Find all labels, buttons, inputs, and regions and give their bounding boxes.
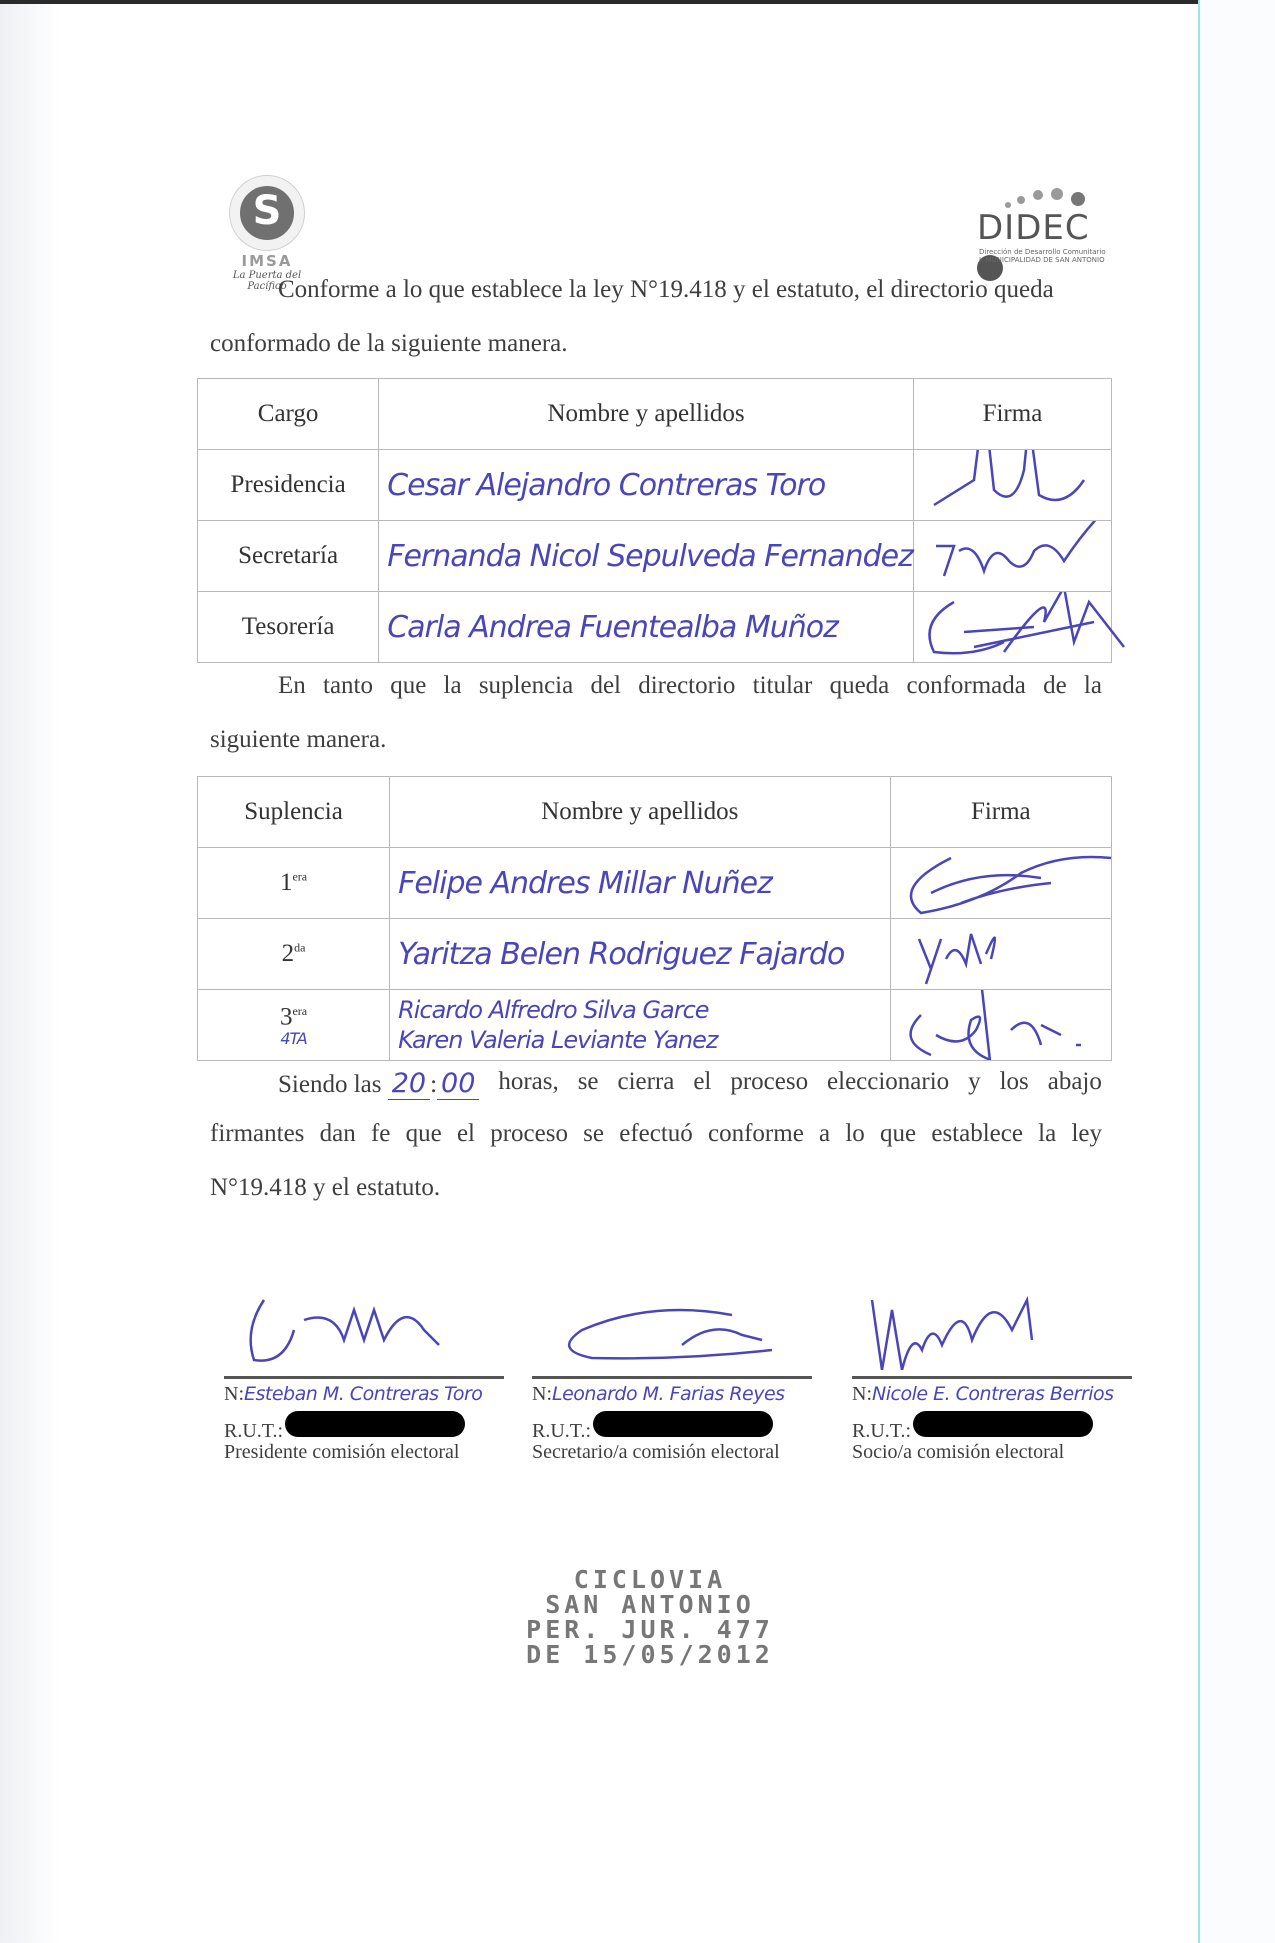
redacted-rut <box>913 1411 1093 1437</box>
signature-cell <box>890 919 1111 990</box>
name-cell: Felipe Andres Millar Nuñez <box>390 848 891 919</box>
signatory-president: N:Esteban M. Contreras Toro R.U.T.: Pres… <box>224 1290 514 1464</box>
header-nombre: Nombre y apellidos <box>379 379 914 450</box>
table-row: Tesorería Carla Andrea Fuentealba Muñoz <box>198 592 1112 663</box>
header-firma: Firma <box>913 379 1111 450</box>
name-cell: Carla Andrea Fuentealba Muñoz <box>379 592 914 663</box>
signature-icon <box>914 450 1136 520</box>
signature-cell <box>890 848 1111 919</box>
name-cell: Fernanda Nicol Sepulveda Fernandez <box>379 521 914 592</box>
signatory-secretary: N:Leonardo M. Farias Reyes R.U.T.: Secre… <box>532 1290 822 1464</box>
table-row: 2da Yaritza Belen Rodriguez Fajardo <box>198 919 1112 990</box>
signature-icon <box>532 1290 812 1370</box>
intro-line-2: conformado de la siguiente manera. <box>210 330 568 358</box>
scan-right-strip <box>1200 0 1275 1943</box>
table-row: 3era 4TA Ricardo Alfredro Silva Garce Ka… <box>198 990 1112 1061</box>
signature-icon <box>891 990 1113 1060</box>
suplencia-order-cell: 3era 4TA <box>198 990 390 1061</box>
signature-icon <box>224 1290 504 1370</box>
header-suplencia: Suplencia <box>198 777 390 848</box>
signature-icon <box>914 592 1136 662</box>
imsa-name: IMSA <box>212 252 322 270</box>
signature-icon <box>852 1290 1132 1370</box>
suplencia-intro-line-1: Entantoquelasuplenciadeldirectoriotitula… <box>278 672 1102 700</box>
signature-icon <box>891 919 1113 989</box>
signature-cell <box>913 521 1111 592</box>
redacted-rut <box>285 1411 465 1437</box>
margin-line <box>1198 0 1200 1943</box>
suplencia-table: Suplencia Nombre y apellidos Firma 1era … <box>197 776 1112 1061</box>
scan-top-edge <box>0 0 1200 4</box>
imsa-logo: S IMSA La Puerta del Pacífico <box>212 160 322 270</box>
table-header-row: Suplencia Nombre y apellidos Firma <box>198 777 1112 848</box>
table-header-row: Cargo Nombre y apellidos Firma <box>198 379 1112 450</box>
suplencia-order-cell: 1era <box>198 848 390 919</box>
closing-minute: 00 <box>437 1068 479 1100</box>
closing-line-1: Siendo las 20:00horas,secierraelprocesoe… <box>278 1068 1102 1100</box>
signature-icon <box>914 521 1136 591</box>
signature-cell <box>913 450 1111 521</box>
closing-line-3: N°19.418 y el estatuto. <box>210 1174 440 1202</box>
signatory-name: Esteban M. Contreras Toro <box>244 1383 482 1405</box>
signature-line <box>852 1376 1132 1379</box>
dideco-logo: DIDEC Dirección de Desarrollo Comunitari… <box>975 178 1105 268</box>
table-row: 1era Felipe Andres Millar Nuñez <box>198 848 1112 919</box>
signatory-member: N:Nicole E. Contreras Berrios R.U.T.: So… <box>852 1290 1142 1464</box>
name-cell: Ricardo Alfredro Silva Garce Karen Valer… <box>390 990 891 1061</box>
header-firma: Firma <box>890 777 1111 848</box>
signatory-role: Socio/a comisión electoral <box>852 1441 1142 1464</box>
cargo-cell: Tesorería <box>198 592 379 663</box>
cargo-cell: Secretaría <box>198 521 379 592</box>
table-row: Secretaría Fernanda Nicol Sepulveda Fern… <box>198 521 1112 592</box>
suplencia-order-cell: 2da <box>198 919 390 990</box>
name-cell: Yaritza Belen Rodriguez Fajardo <box>390 919 891 990</box>
name-cell: Cesar Alejandro Contreras Toro <box>379 450 914 521</box>
dideco-subtitle: Dirección de Desarrollo Comunitario I. M… <box>979 248 1106 264</box>
header-cargo: Cargo <box>198 379 379 450</box>
signature-icon <box>891 848 1113 918</box>
signatory-name: Nicole E. Contreras Berrios <box>872 1383 1114 1405</box>
closing-hour: 20 <box>388 1068 430 1100</box>
suplencia-order-extra: 4TA <box>198 1028 389 1050</box>
signatory-role: Secretario/a comisión electoral <box>532 1441 822 1464</box>
redacted-rut <box>593 1411 773 1437</box>
table-row: Presidencia Cesar Alejandro Contreras To… <box>198 450 1112 521</box>
organization-stamp: CICLOVIA SAN ANTONIO PER. JUR. 477 DE 15… <box>500 1567 800 1667</box>
cargo-cell: Presidencia <box>198 450 379 521</box>
suplencia-intro-line-2: siguiente manera. <box>210 726 386 754</box>
directorio-table: Cargo Nombre y apellidos Firma Presidenc… <box>197 378 1112 663</box>
header-nombre: Nombre y apellidos <box>390 777 891 848</box>
imsa-seal-icon: S <box>230 176 304 250</box>
signatory-role: Presidente comisión electoral <box>224 1441 514 1464</box>
signatory-name: Leonardo M. Farias Reyes <box>552 1383 785 1405</box>
signature-line <box>532 1376 812 1379</box>
closing-line-2: firmantesdanfequeelprocesoseefectuóconfo… <box>210 1120 1102 1148</box>
scan-shadow <box>0 0 60 1943</box>
signature-cell <box>913 592 1111 663</box>
intro-line-1: Conforme a lo que establece la ley N°19.… <box>278 276 1054 304</box>
signature-line <box>224 1376 504 1379</box>
signature-cell <box>890 990 1111 1061</box>
